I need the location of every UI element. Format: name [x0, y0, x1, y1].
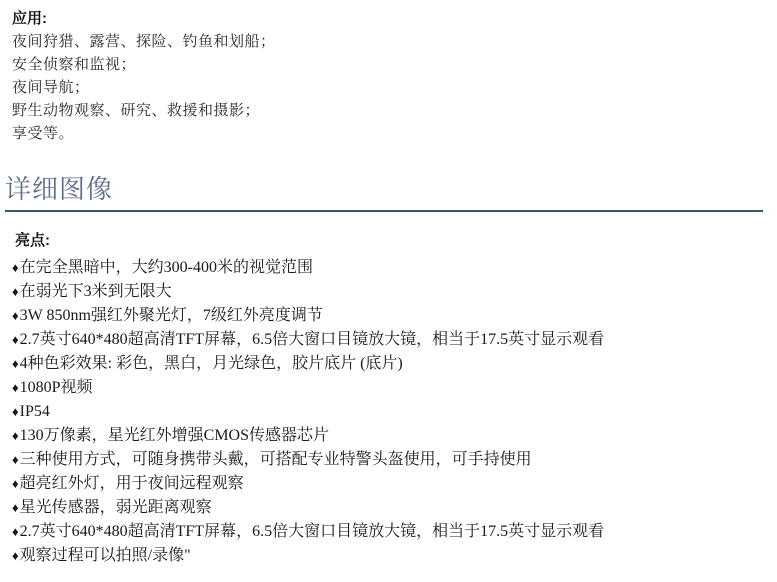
list-item: ♦超亮红外灯，用于夜间远程观察 — [12, 472, 777, 496]
diamond-bullet-icon: ♦ — [12, 332, 19, 347]
application-line: 夜间狩猎、露营、探险、钓鱼和划船； — [12, 30, 777, 53]
list-item: ♦1080P视频 — [12, 376, 777, 400]
diamond-bullet-icon: ♦ — [12, 380, 19, 395]
list-item: ♦在弱光下3米到无限大 — [12, 280, 777, 304]
list-item: ♦观察过程可以拍照/录像" — [12, 544, 777, 568]
list-item: ♦IP54 — [12, 400, 777, 424]
list-item-text: 星光传感器，弱光距离观察 — [20, 499, 212, 516]
application-line: 夜间导航； — [12, 76, 777, 99]
list-item-text: 3W 850nm强红外聚光灯，7级红外亮度调节 — [20, 307, 323, 324]
list-item: ♦4种色彩效果: 彩色，黑白，月光绿色，胶片底片 (底片) — [12, 352, 777, 376]
diamond-bullet-icon: ♦ — [12, 524, 19, 539]
list-item: ♦3W 850nm强红外聚光灯，7级红外亮度调节 — [12, 304, 777, 328]
list-item-text: 2.7英寸640*480超高清TFT屏幕，6.5倍大窗口目镜放大镜，相当于17.… — [20, 331, 604, 348]
list-item-text: 130万像素，星光红外增强CMOS传感器芯片 — [20, 427, 329, 444]
list-item-text: 三种使用方式，可随身携带头戴，可搭配专业特警头盔使用，可手持使用 — [20, 451, 532, 468]
list-item-text: 在完全黑暗中，大约300-400米的视觉范围 — [20, 259, 313, 276]
detail-images-section-header: 详细图像 — [5, 175, 763, 212]
diamond-bullet-icon: ♦ — [12, 548, 19, 563]
list-item-text: IP54 — [20, 403, 50, 420]
applications-heading: 应用: — [12, 7, 777, 30]
diamond-bullet-icon: ♦ — [12, 308, 19, 323]
list-item: ♦130万像素，星光红外增强CMOS传感器芯片 — [12, 424, 777, 448]
application-line: 野生动物观察、研究、救援和摄影； — [12, 99, 777, 122]
list-item-text: 观察过程可以拍照/录像" — [20, 547, 191, 564]
diamond-bullet-icon: ♦ — [12, 452, 19, 467]
section-title: 详细图像 — [5, 175, 763, 203]
diamond-bullet-icon: ♦ — [12, 356, 19, 371]
diamond-bullet-icon: ♦ — [12, 404, 19, 419]
highlights-section: 亮点: ♦在完全黑暗中，大约300-400米的视觉范围 ♦在弱光下3米到无限大 … — [12, 230, 777, 568]
diamond-bullet-icon: ♦ — [12, 428, 19, 443]
diamond-bullet-icon: ♦ — [12, 500, 19, 515]
list-item: ♦在完全黑暗中，大约300-400米的视觉范围 — [12, 256, 777, 280]
applications-section: 应用: 夜间狩猎、露营、探险、钓鱼和划船； 安全侦察和监视； 夜间导航； 野生动… — [0, 0, 777, 145]
product-description-page: 应用: 夜间狩猎、露营、探险、钓鱼和划船； 安全侦察和监视； 夜间导航； 野生动… — [0, 0, 777, 582]
application-line: 享受等。 — [12, 122, 777, 145]
list-item: ♦2.7英寸640*480超高清TFT屏幕，6.5倍大窗口目镜放大镜，相当于17… — [12, 328, 777, 352]
list-item: ♦2.7英寸640*480超高清TFT屏幕，6.5倍大窗口目镜放大镜，相当于17… — [12, 520, 777, 544]
list-item: ♦星光传感器，弱光距离观察 — [12, 496, 777, 520]
list-item-text: 在弱光下3米到无限大 — [20, 283, 172, 300]
list-item-text: 4种色彩效果: 彩色，黑白，月光绿色，胶片底片 (底片) — [20, 355, 403, 372]
section-divider — [5, 210, 763, 212]
application-line: 安全侦察和监视； — [12, 53, 777, 76]
list-item-text: 超亮红外灯，用于夜间远程观察 — [20, 475, 244, 492]
diamond-bullet-icon: ♦ — [12, 284, 19, 299]
highlights-heading: 亮点: — [15, 230, 777, 252]
list-item: ♦三种使用方式，可随身携带头戴，可搭配专业特警头盔使用，可手持使用 — [12, 448, 777, 472]
diamond-bullet-icon: ♦ — [12, 260, 19, 275]
highlights-list: ♦在完全黑暗中，大约300-400米的视觉范围 ♦在弱光下3米到无限大 ♦3W … — [12, 256, 777, 568]
list-item-text: 2.7英寸640*480超高清TFT屏幕，6.5倍大窗口目镜放大镜，相当于17.… — [20, 523, 604, 540]
diamond-bullet-icon: ♦ — [12, 476, 19, 491]
list-item-text: 1080P视频 — [20, 379, 93, 396]
